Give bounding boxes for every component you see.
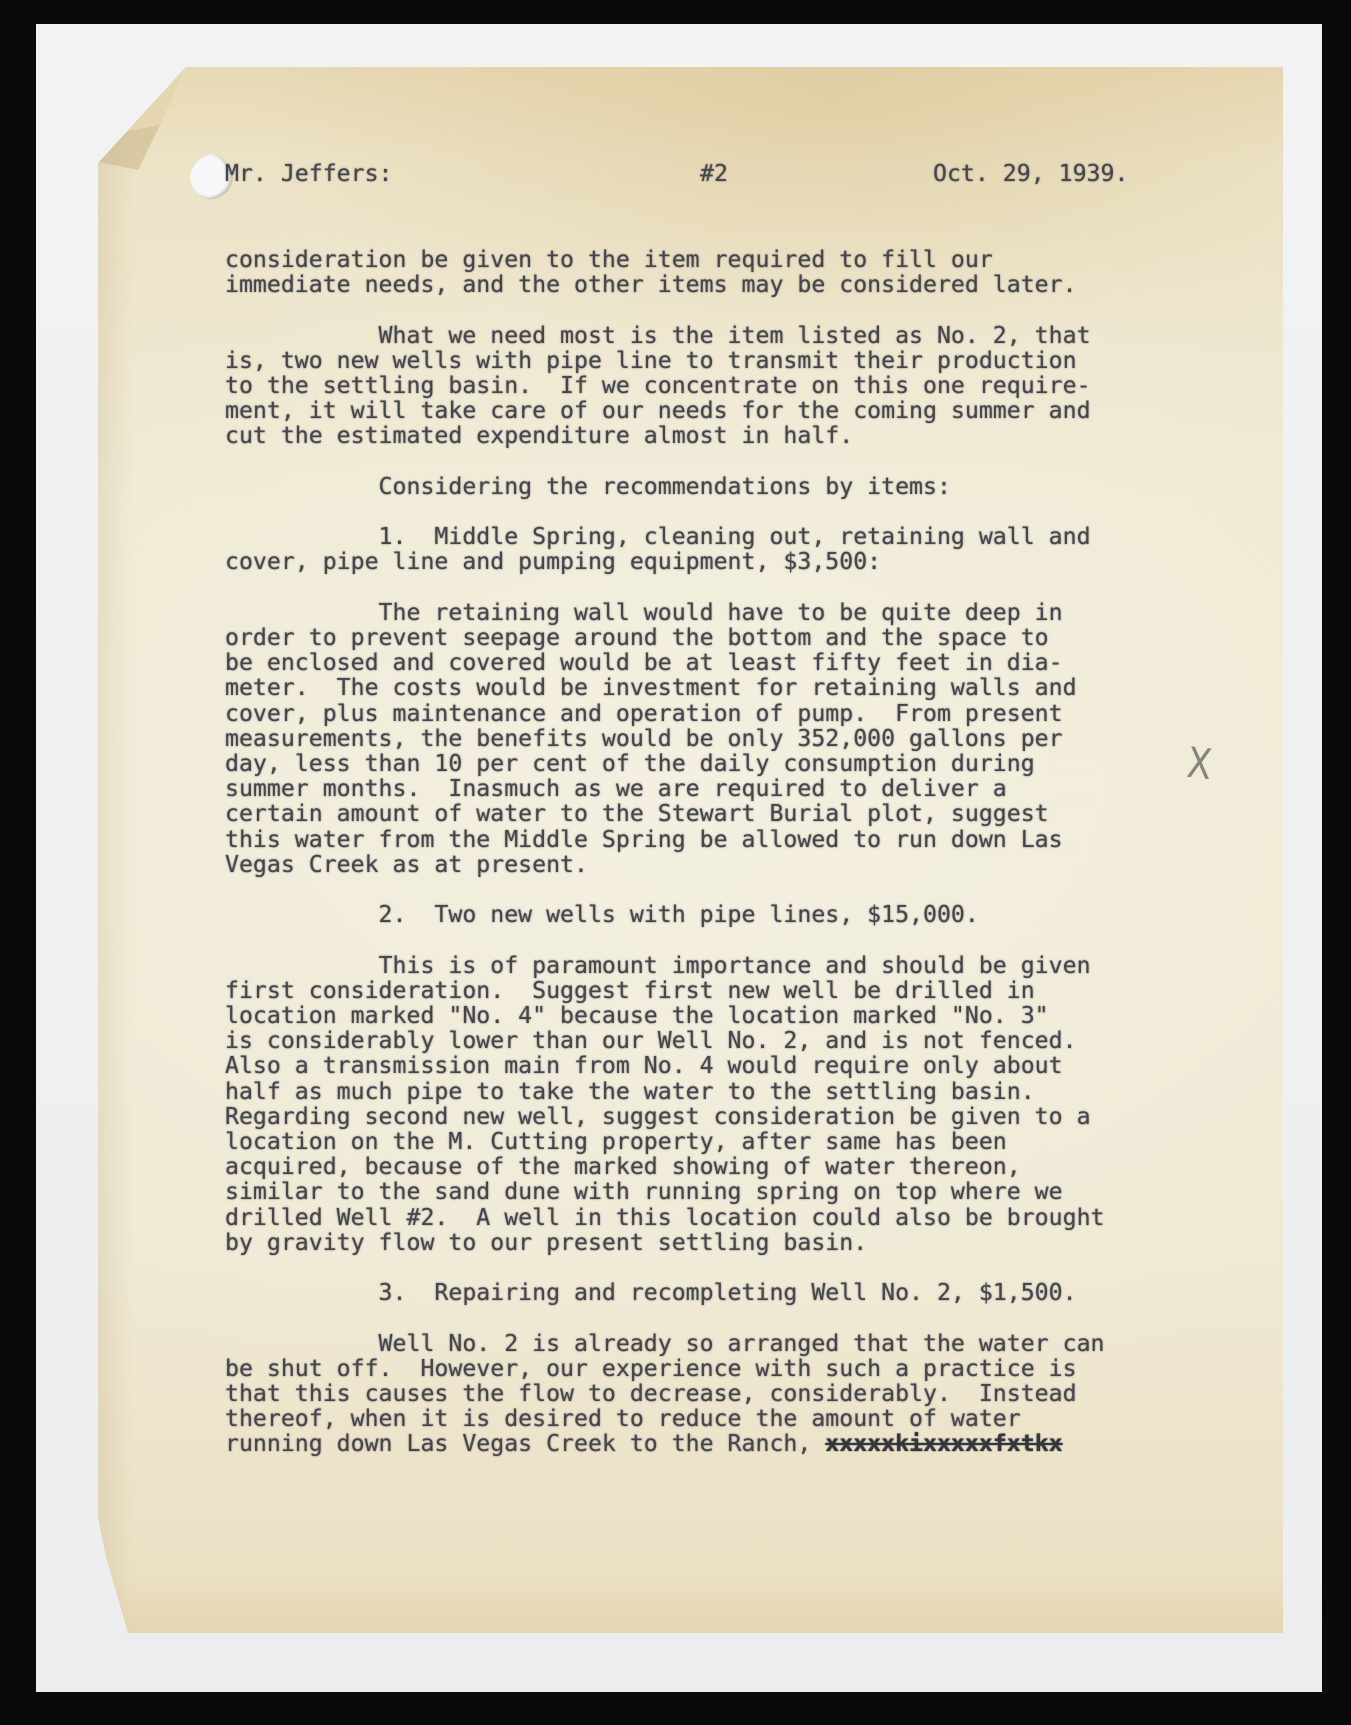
recipient-label: Mr. Jeffers: <box>225 161 393 186</box>
paragraph: What we need most is the item listed as … <box>225 323 1205 449</box>
typed-line: be shut off. However, our experience wit… <box>225 1356 1205 1381</box>
typed-line: meter. The costs would be investment for… <box>225 675 1205 700</box>
typed-line: thereof, when it is desired to reduce th… <box>225 1406 1205 1431</box>
typed-line: is considerably lower than our Well No. … <box>225 1028 1205 1053</box>
typed-line: certain amount of water to the Stewart B… <box>225 801 1205 826</box>
typed-line: acquired, because of the marked showing … <box>225 1154 1205 1179</box>
typed-line: Considering the recommendations by items… <box>225 474 1205 499</box>
typed-line: summer months. Inasmuch as we are requir… <box>225 776 1205 801</box>
paragraph: Considering the recommendations by items… <box>225 474 1205 499</box>
paragraph: 2. Two new wells with pipe lines, $15,00… <box>225 902 1205 927</box>
typed-body: consideration be given to the item requi… <box>225 247 1205 1482</box>
typed-line: cover, plus maintenance and operation of… <box>225 701 1205 726</box>
paragraph: consideration be given to the item requi… <box>225 247 1205 297</box>
typed-header: Mr. Jeffers: #2 Oct. 29, 1939. <box>98 161 1283 187</box>
typed-line: running down Las Vegas Creek to the Ranc… <box>225 1431 1205 1456</box>
typed-line: immediate needs, and the other items may… <box>225 272 1205 297</box>
typed-line: 3. Repairing and recompleting Well No. 2… <box>225 1280 1205 1305</box>
paragraph: Well No. 2 is already so arranged that t… <box>225 1331 1205 1457</box>
typed-line: cut the estimated expenditure almost in … <box>225 423 1205 448</box>
typed-line: 1. Middle Spring, cleaning out, retainin… <box>225 524 1205 549</box>
typed-line: ment, it will take care of our needs for… <box>225 398 1205 423</box>
typed-line: The retaining wall would have to be quit… <box>225 600 1205 625</box>
typed-line: consideration be given to the item requi… <box>225 247 1205 272</box>
typed-line: cover, pipe line and pumping equipment, … <box>225 549 1205 574</box>
typed-line: drilled Well #2. A well in this location… <box>225 1205 1205 1230</box>
typed-line: order to prevent seepage around the bott… <box>225 625 1205 650</box>
scan-background: Mr. Jeffers: #2 Oct. 29, 1939. considera… <box>0 0 1351 1725</box>
typed-line: Well No. 2 is already so arranged that t… <box>225 1331 1205 1356</box>
typed-line: 2. Two new wells with pipe lines, $15,00… <box>225 902 1205 927</box>
strikeout-prefix: running down Las Vegas Creek to the Ranc… <box>225 1430 825 1457</box>
date-label: Oct. 29, 1939. <box>933 161 1128 186</box>
paragraph: This is of paramount importance and shou… <box>225 953 1205 1255</box>
pencil-x-mark: X <box>1185 738 1214 789</box>
paragraph: The retaining wall would have to be quit… <box>225 600 1205 877</box>
paragraph: 3. Repairing and recompleting Well No. 2… <box>225 1280 1205 1305</box>
typed-line: location marked "No. 4" because the loca… <box>225 1003 1205 1028</box>
strikeout-text: xxxxxkixxxxxfxtkx <box>825 1430 1062 1457</box>
paper-sheet: Mr. Jeffers: #2 Oct. 29, 1939. considera… <box>98 67 1283 1633</box>
typed-line: day, less than 10 per cent of the daily … <box>225 751 1205 776</box>
paragraph: 1. Middle Spring, cleaning out, retainin… <box>225 524 1205 574</box>
typed-line: Vegas Creek as at present. <box>225 852 1205 877</box>
typed-line: to the settling basin. If we concentrate… <box>225 373 1205 398</box>
typed-line: is, two new wells with pipe line to tran… <box>225 348 1205 373</box>
typed-line: location on the M. Cutting property, aft… <box>225 1129 1205 1154</box>
typed-line: first consideration. Suggest first new w… <box>225 978 1205 1003</box>
typed-line: this water from the Middle Spring be all… <box>225 827 1205 852</box>
typed-line: be enclosed and covered would be at leas… <box>225 650 1205 675</box>
typed-line: similar to the sand dune with running sp… <box>225 1179 1205 1204</box>
typed-line: Regarding second new well, suggest consi… <box>225 1104 1205 1129</box>
typed-line: that this causes the flow to decrease, c… <box>225 1381 1205 1406</box>
photo-matte: Mr. Jeffers: #2 Oct. 29, 1939. considera… <box>36 24 1322 1692</box>
typed-line: Also a transmission main from No. 4 woul… <box>225 1053 1205 1078</box>
typed-line: This is of paramount importance and shou… <box>225 953 1205 978</box>
typed-line: measurements, the benefits would be only… <box>225 726 1205 751</box>
typed-line: What we need most is the item listed as … <box>225 323 1205 348</box>
page-number: #2 <box>700 161 728 186</box>
typed-line: by gravity flow to our present settling … <box>225 1230 1205 1255</box>
typed-line: half as much pipe to take the water to t… <box>225 1079 1205 1104</box>
